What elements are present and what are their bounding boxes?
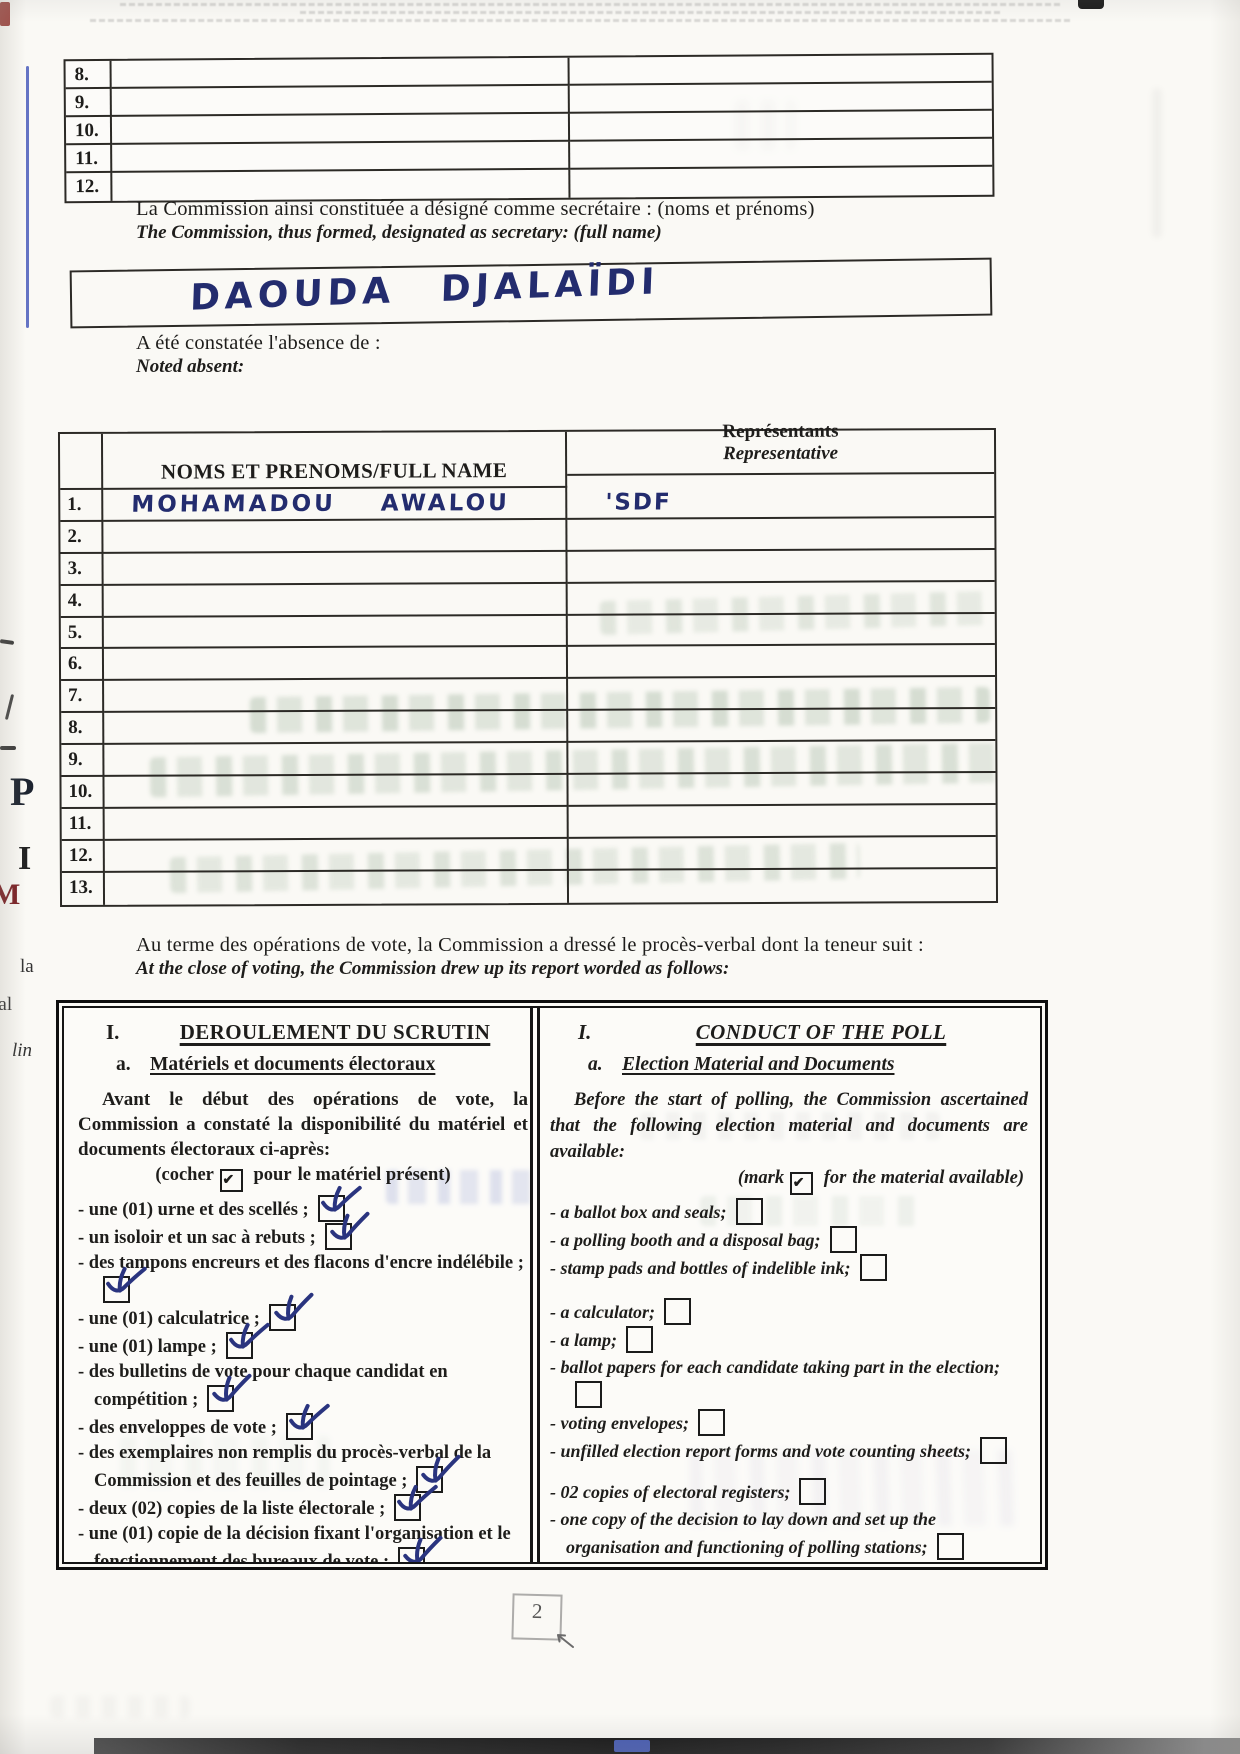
section-heading-en: I. CONDUCT OF THE POLL	[550, 1020, 1028, 1045]
item-label: unfilled election report forms and vote …	[561, 1441, 972, 1461]
handwritten-secretary-name: DAOUDA DJALAÏDI	[189, 261, 660, 318]
table-cell	[570, 55, 992, 86]
commission-members-table: 8. 9. 10. 11. 12.	[64, 53, 995, 203]
section-title: CONDUCT OF THE POLL	[614, 1020, 1028, 1045]
printed-check-glyph: ✔	[223, 1172, 235, 1189]
row-number: 9.	[61, 745, 104, 777]
checklist-item: une (01) copie de la décision fixant l'o…	[78, 1522, 528, 1564]
row-number: 7.	[61, 681, 104, 713]
absent-rep-cell	[569, 869, 996, 903]
absent-members-table: NOMS ET PRENOMS/FULL NAME Représentants …	[58, 428, 998, 907]
row-number: 8.	[61, 713, 104, 745]
checkbox-checked	[286, 1413, 313, 1440]
absent-name-cell	[105, 839, 569, 873]
intro-paragraph-fr: Avant le début des opérations de vote, l…	[78, 1087, 528, 1162]
material-checklist-fr: une (01) urne et des scellés ; un isoloi…	[78, 1195, 528, 1564]
subsection-heading-fr: a. Matériels et documents électoraux	[78, 1054, 528, 1076]
noted-absent-heading: A été constatée l'absence de : Noted abs…	[136, 332, 381, 378]
check-instruction-fr: (cocher✔ pourle matériel présent)	[78, 1165, 528, 1192]
section-title: DEROULEMENT DU SCRUTIN	[142, 1020, 528, 1045]
absent-rep-cell	[568, 677, 995, 711]
checklist-item: une (01) lampe ;	[78, 1332, 528, 1360]
checklist-item: unfilled election report forms and vote …	[550, 1437, 1028, 1465]
check-instruction-en: (mark✔ forthe material available)	[550, 1168, 1028, 1195]
row-number: 9.	[66, 89, 112, 117]
margin-letter-fragment: P	[10, 768, 34, 815]
table-cell	[112, 114, 570, 145]
absent-rep-cell	[569, 837, 996, 871]
row-number: 6.	[61, 649, 104, 681]
checkbox-empty	[736, 1198, 763, 1225]
table-cell	[570, 111, 992, 142]
subsection-number: a.	[550, 1054, 622, 1076]
item-label: voting envelopes;	[561, 1413, 689, 1433]
row-number: 10.	[61, 777, 104, 809]
checkbox-empty	[799, 1478, 826, 1505]
section-heading-fr: I. DEROULEMENT DU SCRUTIN	[78, 1020, 528, 1045]
margin-text-fragment: lin	[12, 1040, 32, 1062]
checklist-item: voting envelopes;	[550, 1409, 1028, 1437]
subsection-title: Election Material and Documents	[622, 1054, 894, 1076]
checklist-item: une (01) urne et des scellés ;	[78, 1195, 528, 1223]
absent-rep-cell	[568, 582, 995, 616]
row-number: 12.	[66, 173, 112, 201]
row-number: 2.	[60, 522, 103, 554]
checklist-item: a ballot box and seals;	[550, 1198, 1028, 1226]
scan-blue-mark	[614, 1740, 650, 1752]
instruction-pre: (mark	[738, 1168, 784, 1188]
closing-fr: Au terme des opérations de vote, la Comm…	[136, 934, 1096, 957]
row-number: 5.	[61, 617, 104, 649]
handwritten-check-icon	[283, 1401, 332, 1438]
item-label: un isoloir et un sac à rebuts ;	[89, 1228, 316, 1248]
section-number: I.	[550, 1020, 614, 1045]
checkbox-empty	[664, 1298, 691, 1325]
item-label: a ballot box and seals;	[561, 1202, 727, 1222]
checklist-item: un isoloir et un sac à rebuts ;	[78, 1223, 528, 1251]
item-label: a lamp;	[561, 1330, 618, 1350]
absent-rep-cell	[568, 773, 995, 807]
absent-name-cell	[104, 711, 568, 745]
table-cell	[112, 86, 570, 117]
secretary-designation: La Commission ainsi constituée a désigné…	[136, 198, 1066, 244]
noted-absent-fr: A été constatée l'absence de :	[136, 332, 381, 355]
rep-header-fr: Représentants	[722, 421, 838, 444]
item-label: une (01) lampe ;	[89, 1337, 217, 1357]
bleedthrough-ghost	[50, 1696, 190, 1718]
checklist-item: une (01) calculatrice ;	[78, 1304, 528, 1332]
row-number: 13.	[62, 873, 105, 905]
checkbox-empty	[698, 1409, 725, 1436]
checklist-item: a calculator;	[550, 1298, 1028, 1326]
representative-column-header: Représentants Representative	[567, 418, 994, 476]
absent-name-cell	[104, 679, 568, 713]
absent-rep-cell	[567, 550, 994, 584]
item-label: des bulletins de vote pour chaque candid…	[89, 1362, 448, 1410]
item-label: des tampons encreurs et des flacons d'en…	[89, 1253, 524, 1273]
margin-text-fragment: la	[20, 956, 34, 978]
bleedthrough-line	[120, 3, 1060, 6]
item-label: a calculator;	[561, 1302, 656, 1322]
margin-letter-fragment: I	[18, 840, 31, 878]
checkbox-empty	[937, 1533, 964, 1560]
scan-bottom-bar	[94, 1738, 1240, 1754]
checklist-item: des enveloppes de vote ;	[78, 1413, 528, 1441]
checklist-item: deux (02) copies de la liste électorale …	[78, 1494, 528, 1522]
item-label: une (01) copie de la décision fixant l'o…	[89, 1524, 511, 1564]
name-column-header: NOMS ET PRENOMS/FULL NAME	[103, 432, 567, 490]
english-column: I. CONDUCT OF THE POLL a. Election Mater…	[550, 1020, 1028, 1561]
table-cell	[570, 167, 992, 198]
table-cell	[112, 170, 570, 201]
row-number: 11.	[62, 809, 105, 841]
printed-checkbox-icon: ✔	[220, 1169, 243, 1192]
row-number: 1.	[60, 490, 103, 522]
subsection-heading-en: a. Election Material and Documents	[550, 1054, 1028, 1076]
margin-letter-fragment: M	[0, 878, 20, 912]
table-cell	[112, 58, 570, 89]
french-column: I. DEROULEMENT DU SCRUTIN a. Matériels e…	[78, 1020, 528, 1564]
handwritten-representative: 'SDF	[567, 487, 672, 517]
row-number: 4.	[61, 586, 104, 618]
absent-name-cell	[104, 552, 568, 586]
checklist-item: ballot papers for each candidate taking …	[550, 1354, 1028, 1409]
checkbox-checked	[398, 1547, 425, 1564]
margin-mark	[0, 639, 14, 645]
conduct-of-poll-section: I. DEROULEMENT DU SCRUTIN a. Matériels e…	[62, 1006, 1042, 1564]
material-checklist-en: a ballot box and seals; a polling booth …	[550, 1198, 1028, 1561]
margin-text-fragment: cal	[0, 994, 12, 1016]
handwritten-check-icon	[100, 1264, 149, 1301]
closing-statement: Au terme des opérations de vote, la Comm…	[136, 934, 1096, 980]
intro-paragraph-en: Before the start of polling, the Commiss…	[550, 1087, 1028, 1165]
item-label: une (01) urne et des scellés ;	[89, 1200, 309, 1220]
absent-rep-cell	[568, 614, 995, 648]
secretary-designation-fr: La Commission ainsi constituée a désigné…	[136, 198, 1066, 221]
instruction-mid: for	[824, 1168, 847, 1188]
checkbox-empty	[980, 1437, 1007, 1464]
absent-name-cell	[104, 583, 568, 617]
item-label: a polling booth and a disposal bag;	[561, 1230, 821, 1250]
table-cell	[570, 83, 992, 114]
bleedthrough-line	[90, 19, 1070, 22]
table-cell	[570, 139, 992, 170]
checkbox-checked	[394, 1494, 421, 1521]
instruction-mid: pour	[254, 1165, 292, 1185]
absent-rep-cell	[569, 805, 996, 839]
item-label: ballot papers for each candidate taking …	[561, 1357, 1001, 1377]
scan-black-mark	[1078, 0, 1104, 9]
row-number: 8.	[66, 61, 112, 89]
column-divider	[530, 1008, 540, 1562]
table-cell	[112, 142, 570, 173]
subsection-title: Matériels et documents électoraux	[150, 1054, 435, 1076]
bleedthrough-ghost	[1152, 88, 1162, 238]
absent-rep-cell: 'SDF	[567, 486, 994, 520]
absent-name-cell	[104, 615, 568, 649]
absent-rep-cell	[568, 741, 995, 775]
page-number: 2	[532, 1599, 543, 1623]
absent-name-cell	[104, 647, 568, 681]
absent-name-cell	[105, 871, 569, 905]
rep-header-en: Representative	[723, 443, 838, 466]
row-number: 3.	[61, 554, 104, 586]
subsection-number: a.	[78, 1054, 150, 1076]
noted-absent-en: Noted absent:	[136, 356, 381, 378]
item-label: deux (02) copies de la liste électorale …	[89, 1499, 385, 1519]
row-number: 11.	[66, 145, 112, 173]
absent-rep-cell	[567, 518, 994, 552]
item-label: one copy of the decision to lay down and…	[561, 1509, 937, 1557]
checklist-item: des exemplaires non remplis du procès-ve…	[78, 1441, 528, 1494]
bleedthrough-line	[300, 11, 1000, 14]
handwritten-name: MOHAMADOU AWALOU	[103, 488, 510, 520]
checkbox-checked	[226, 1332, 253, 1359]
absent-name-cell	[103, 520, 567, 554]
item-label: stamp pads and bottles of indelible ink;	[561, 1258, 851, 1278]
table-header-cell	[60, 434, 103, 490]
checklist-item: a polling booth and a disposal bag;	[550, 1226, 1028, 1254]
secretary-designation-en: The Commission, thus formed, designated …	[136, 222, 1066, 244]
secretary-name-box: DAOUDA DJALAÏDI	[70, 258, 993, 329]
checkbox-empty	[860, 1254, 887, 1281]
checkbox-empty	[626, 1326, 653, 1353]
absent-rep-cell	[568, 645, 995, 679]
absent-rep-cell	[568, 709, 995, 743]
item-label: 02 copies of electoral registers;	[561, 1482, 791, 1502]
row-number: 10.	[66, 117, 112, 145]
instruction-pre: (cocher	[155, 1165, 214, 1185]
checklist-item: 02 copies of electoral registers;	[550, 1478, 1028, 1506]
checkbox-checked	[103, 1276, 130, 1303]
red-ink-smudge	[0, 2, 10, 26]
checkbox-empty	[575, 1381, 602, 1408]
instruction-bold: the material available)	[852, 1168, 1024, 1188]
row-number: 12.	[62, 841, 105, 873]
checkbox-checked	[269, 1304, 296, 1331]
absent-name-cell	[105, 807, 569, 841]
blue-pen-margin-line	[26, 66, 29, 328]
handwritten-check-icon	[223, 1320, 272, 1357]
printed-checkbox-icon: ✔	[790, 1172, 813, 1195]
absent-name-cell	[104, 775, 568, 809]
pencil-arrow-icon	[552, 1630, 576, 1650]
checkbox-checked	[207, 1385, 234, 1412]
absent-name-cell	[104, 743, 568, 777]
checkbox-empty	[830, 1226, 857, 1253]
item-label: des enveloppes de vote ;	[89, 1418, 277, 1438]
handwritten-check-icon	[392, 1482, 441, 1519]
closing-en: At the close of voting, the Commission d…	[136, 958, 1096, 980]
checklist-item: a lamp;	[550, 1326, 1028, 1354]
printed-check-glyph: ✔	[793, 1175, 805, 1192]
instruction-bold: le matériel présent)	[298, 1165, 451, 1185]
margin-mark	[5, 694, 14, 720]
margin-mark	[0, 746, 16, 750]
checkbox-checked	[325, 1223, 352, 1250]
absent-name-cell: MOHAMADOU AWALOU	[103, 488, 567, 522]
checklist-item: one copy of the decision to lay down and…	[550, 1506, 1028, 1561]
section-number: I.	[78, 1020, 142, 1045]
checklist-item: stamp pads and bottles of indelible ink;	[550, 1254, 1028, 1282]
